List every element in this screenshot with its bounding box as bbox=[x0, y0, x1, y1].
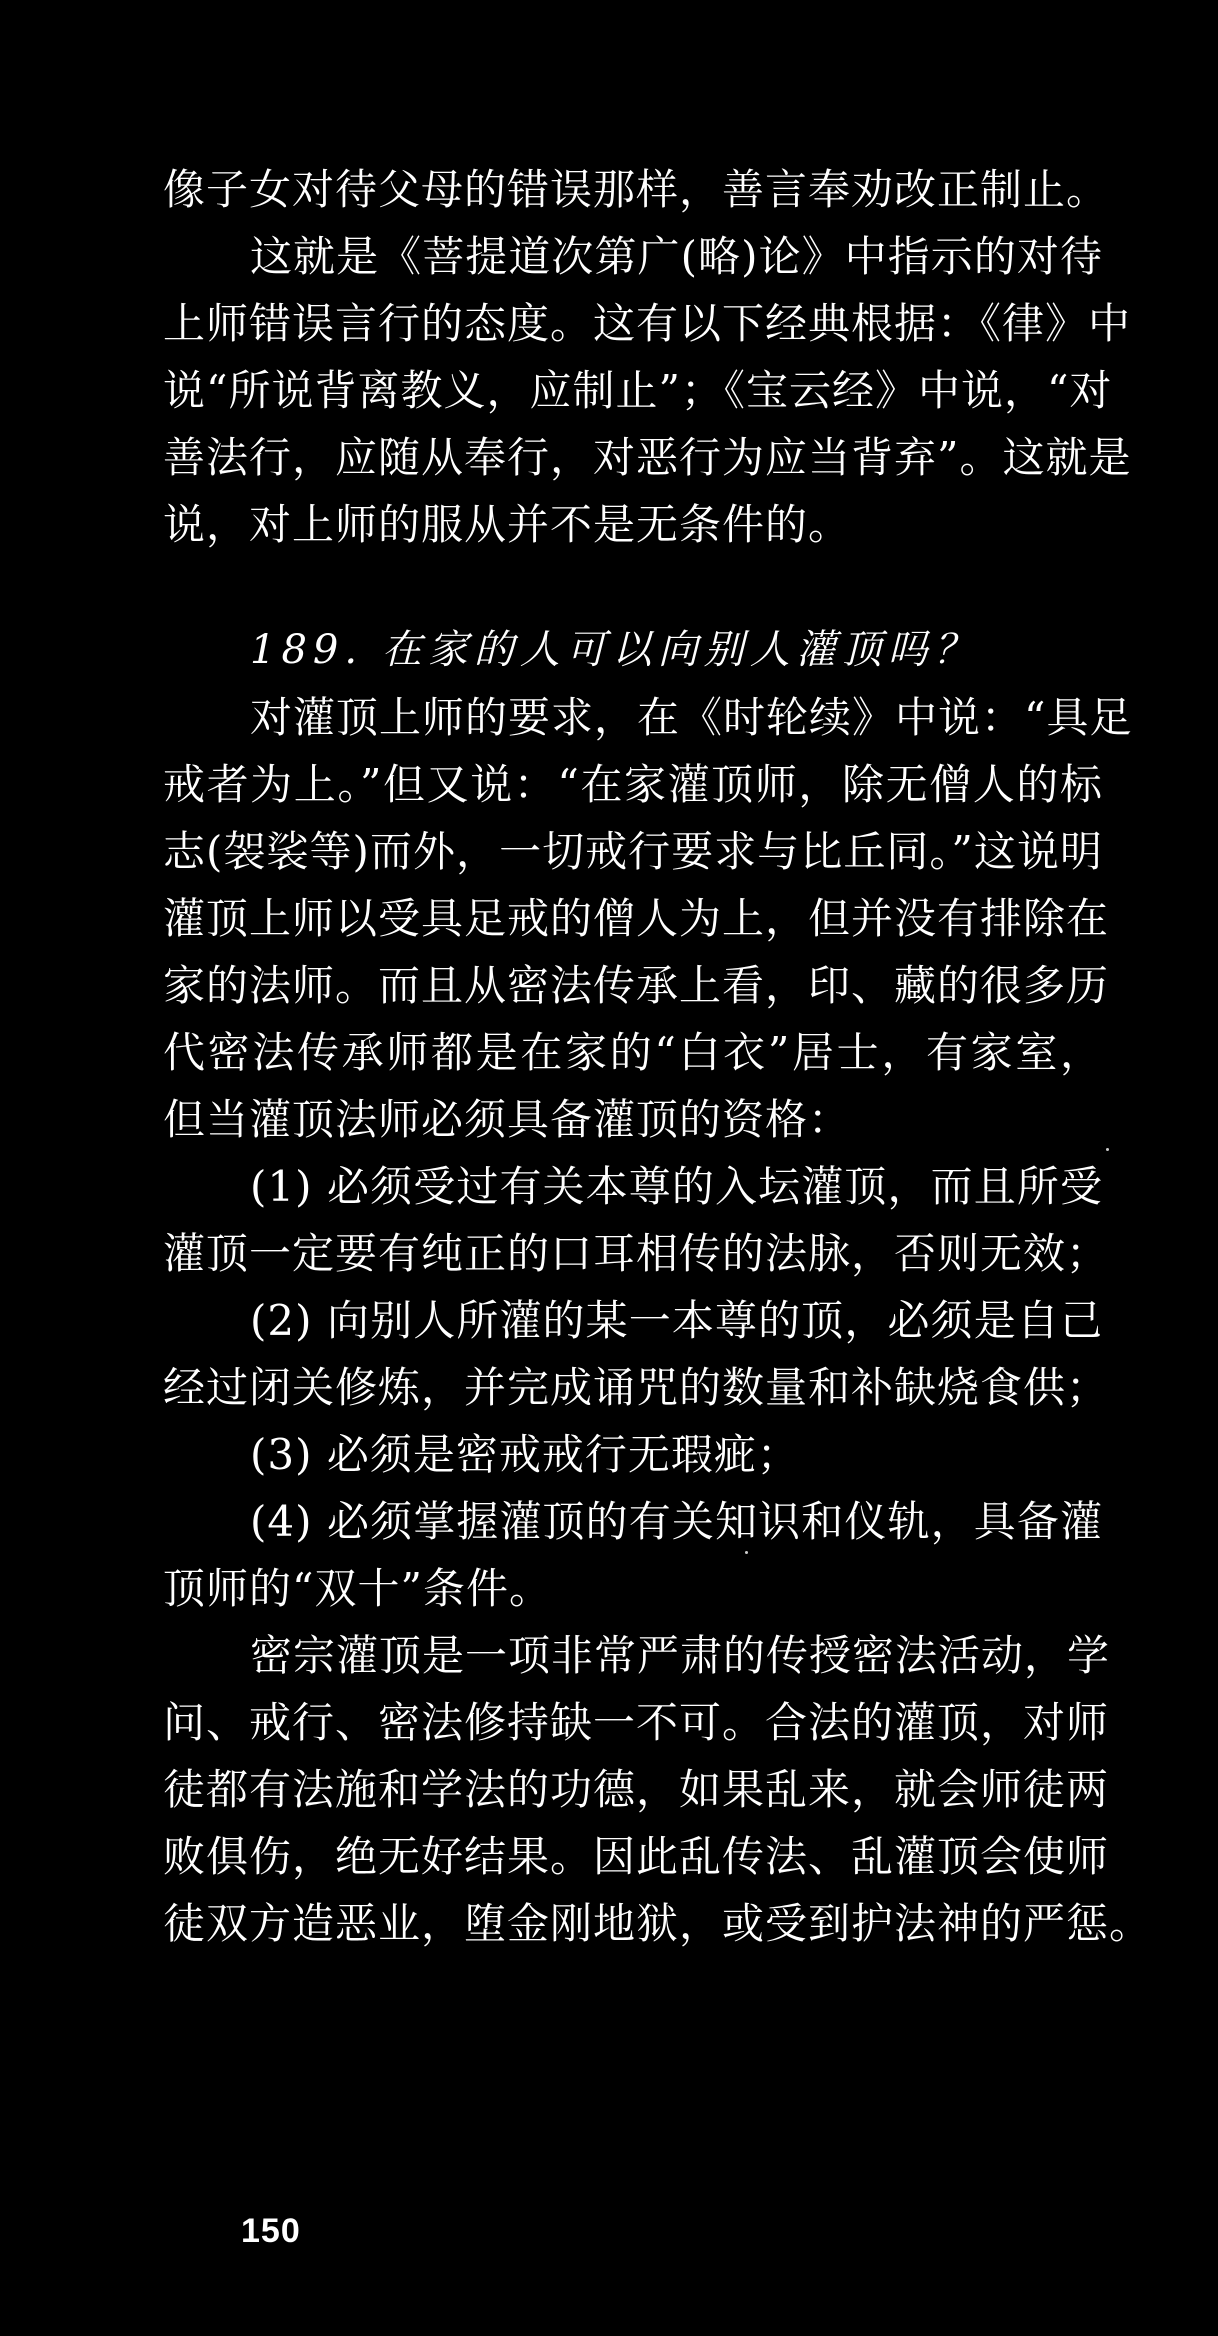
page-number: 150 bbox=[241, 2212, 301, 2251]
requirement-2-line: 经过闭关修炼，并完成诵咒的数量和补缺烧食供； bbox=[163, 1360, 1103, 1416]
answer-line: 代密法传承师都是在家的“白衣”居士，有家室， bbox=[163, 1025, 1103, 1081]
answer-line: 但当灌顶法师必须具备灌顶的资格： bbox=[163, 1092, 1103, 1148]
answer-line: 志(袈裟等)而外，一切戒行要求与比丘同。”这说明 bbox=[163, 824, 1103, 880]
text-line: 说，对上师的服从并不是无条件的。 bbox=[163, 497, 1103, 553]
text-line: 这就是《菩提道次第广(略)论》中指示的对待 bbox=[250, 229, 1103, 285]
answer-line: 对灌顶上师的要求，在《时轮续》中说：“具足 bbox=[250, 690, 1103, 746]
text-line: 善法行，应随从奉行，对恶行为应当背弃”。这就是 bbox=[163, 430, 1103, 486]
requirement-1-line: (1) 必须受过有关本尊的入坛灌顶，而且所受 bbox=[250, 1159, 1103, 1215]
scan-speck bbox=[745, 1551, 748, 1554]
answer-line: 戒者为上。”但又说：“在家灌顶师，除无僧人的标 bbox=[163, 757, 1103, 813]
requirement-3-line: (3) 必须是密戒戒行无瑕疵； bbox=[250, 1427, 1103, 1483]
conclusion-line: 密宗灌顶是一项非常严肃的传授密法活动，学 bbox=[250, 1628, 1103, 1684]
requirement-4-line: 顶师的“双十”条件。 bbox=[163, 1561, 1103, 1617]
conclusion-line: 徒都有法施和学法的功德，如果乱来，就会师徒两 bbox=[163, 1762, 1103, 1818]
requirement-4-line: (4) 必须掌握灌顶的有关知识和仪轨，具备灌 bbox=[250, 1494, 1103, 1550]
conclusion-line: 徒双方造恶业，堕金刚地狱，或受到护法神的严惩。 bbox=[163, 1896, 1103, 1952]
requirement-2-line: (2) 向别人所灌的某一本尊的顶，必须是自己 bbox=[250, 1293, 1103, 1349]
text-line: 像子女对待父母的错误那样，善言奉劝改正制止。 bbox=[163, 162, 1103, 218]
conclusion-line: 问、戒行、密法修持缺一不可。合法的灌顶，对师 bbox=[163, 1695, 1103, 1751]
answer-line: 灌顶上师以受具足戒的僧人为上，但并没有排除在 bbox=[163, 891, 1103, 947]
scan-speck bbox=[1106, 1148, 1109, 1151]
conclusion-line: 败俱伤，绝无好结果。因此乱传法、乱灌顶会使师 bbox=[163, 1829, 1103, 1885]
text-line: 上师错误言行的态度。这有以下经典根据：《律》中 bbox=[163, 296, 1103, 352]
book-page: 像子女对待父母的错误那样，善言奉劝改正制止。 这就是《菩提道次第广(略)论》中指… bbox=[0, 0, 1218, 2336]
question-heading: 189. 在家的人可以向别人灌顶吗？ bbox=[250, 622, 980, 678]
answer-line: 家的法师。而且从密法传承上看，印、藏的很多历 bbox=[163, 958, 1103, 1014]
text-line: 说“所说背离教义，应制止”；《宝云经》中说，“对 bbox=[163, 363, 1103, 419]
requirement-1-line: 灌顶一定要有纯正的口耳相传的法脉，否则无效； bbox=[163, 1226, 1103, 1282]
